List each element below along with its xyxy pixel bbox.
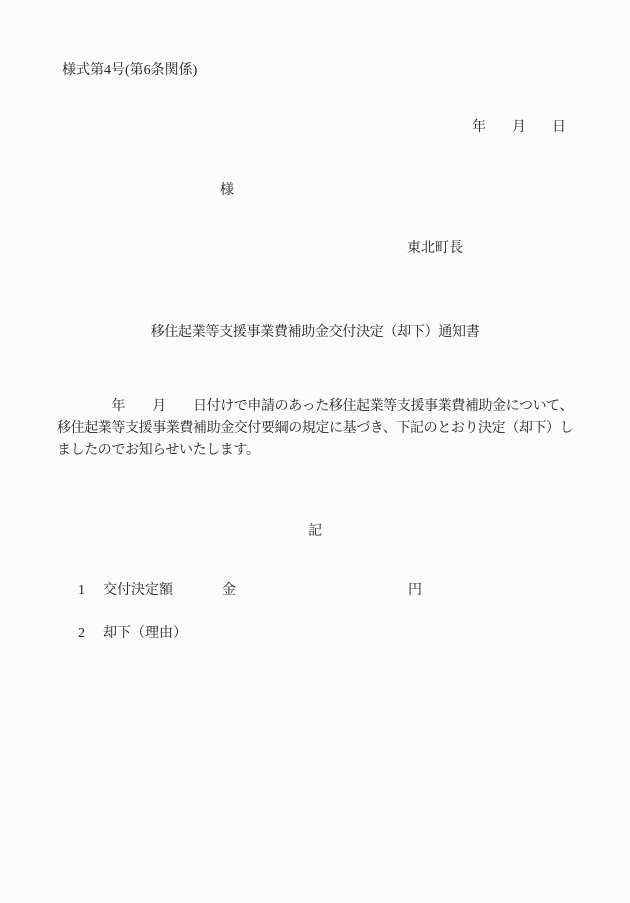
record-marker: 記 (0, 525, 630, 539)
date-month-label: 月 (512, 121, 526, 135)
form-number: 様式第4号(第6条関係) (62, 64, 197, 78)
body-line-2: 移住起業等支援事業費補助金交付要綱の規定に基づき、下記のとおり決定（却下）し (57, 418, 582, 440)
date-year-label: 年 (472, 121, 486, 135)
item-1-label: 交付決定額 (103, 584, 173, 598)
document-page: 様式第4号(第6条関係) 年 月 日 様 東北町長 移住起業等支援事業費補助金交… (0, 0, 630, 903)
item-1-amount-suffix: 円 (408, 584, 422, 598)
item-2-label: 却下（理由） (103, 627, 187, 641)
body-paragraph: 年 月 日付けで申請のあった移住起業等支援事業費補助金について、 移住起業等支援… (57, 396, 582, 462)
body-line-3: ましたのでお知らせいたします。 (57, 440, 582, 462)
sender-title: 東北町長 (407, 242, 463, 256)
item-1-amount-prefix: 金 (222, 584, 236, 598)
date-day-label: 日 (552, 121, 566, 135)
addressee-honorific: 様 (220, 184, 234, 198)
document-title: 移住起業等支援事業費補助金交付決定（却下）通知書 (0, 326, 630, 340)
body-line-1: 年 月 日付けで申請のあった移住起業等支援事業費補助金について、 (57, 396, 582, 418)
item-1-number: 1 (78, 584, 85, 598)
item-2-number: 2 (78, 627, 85, 641)
